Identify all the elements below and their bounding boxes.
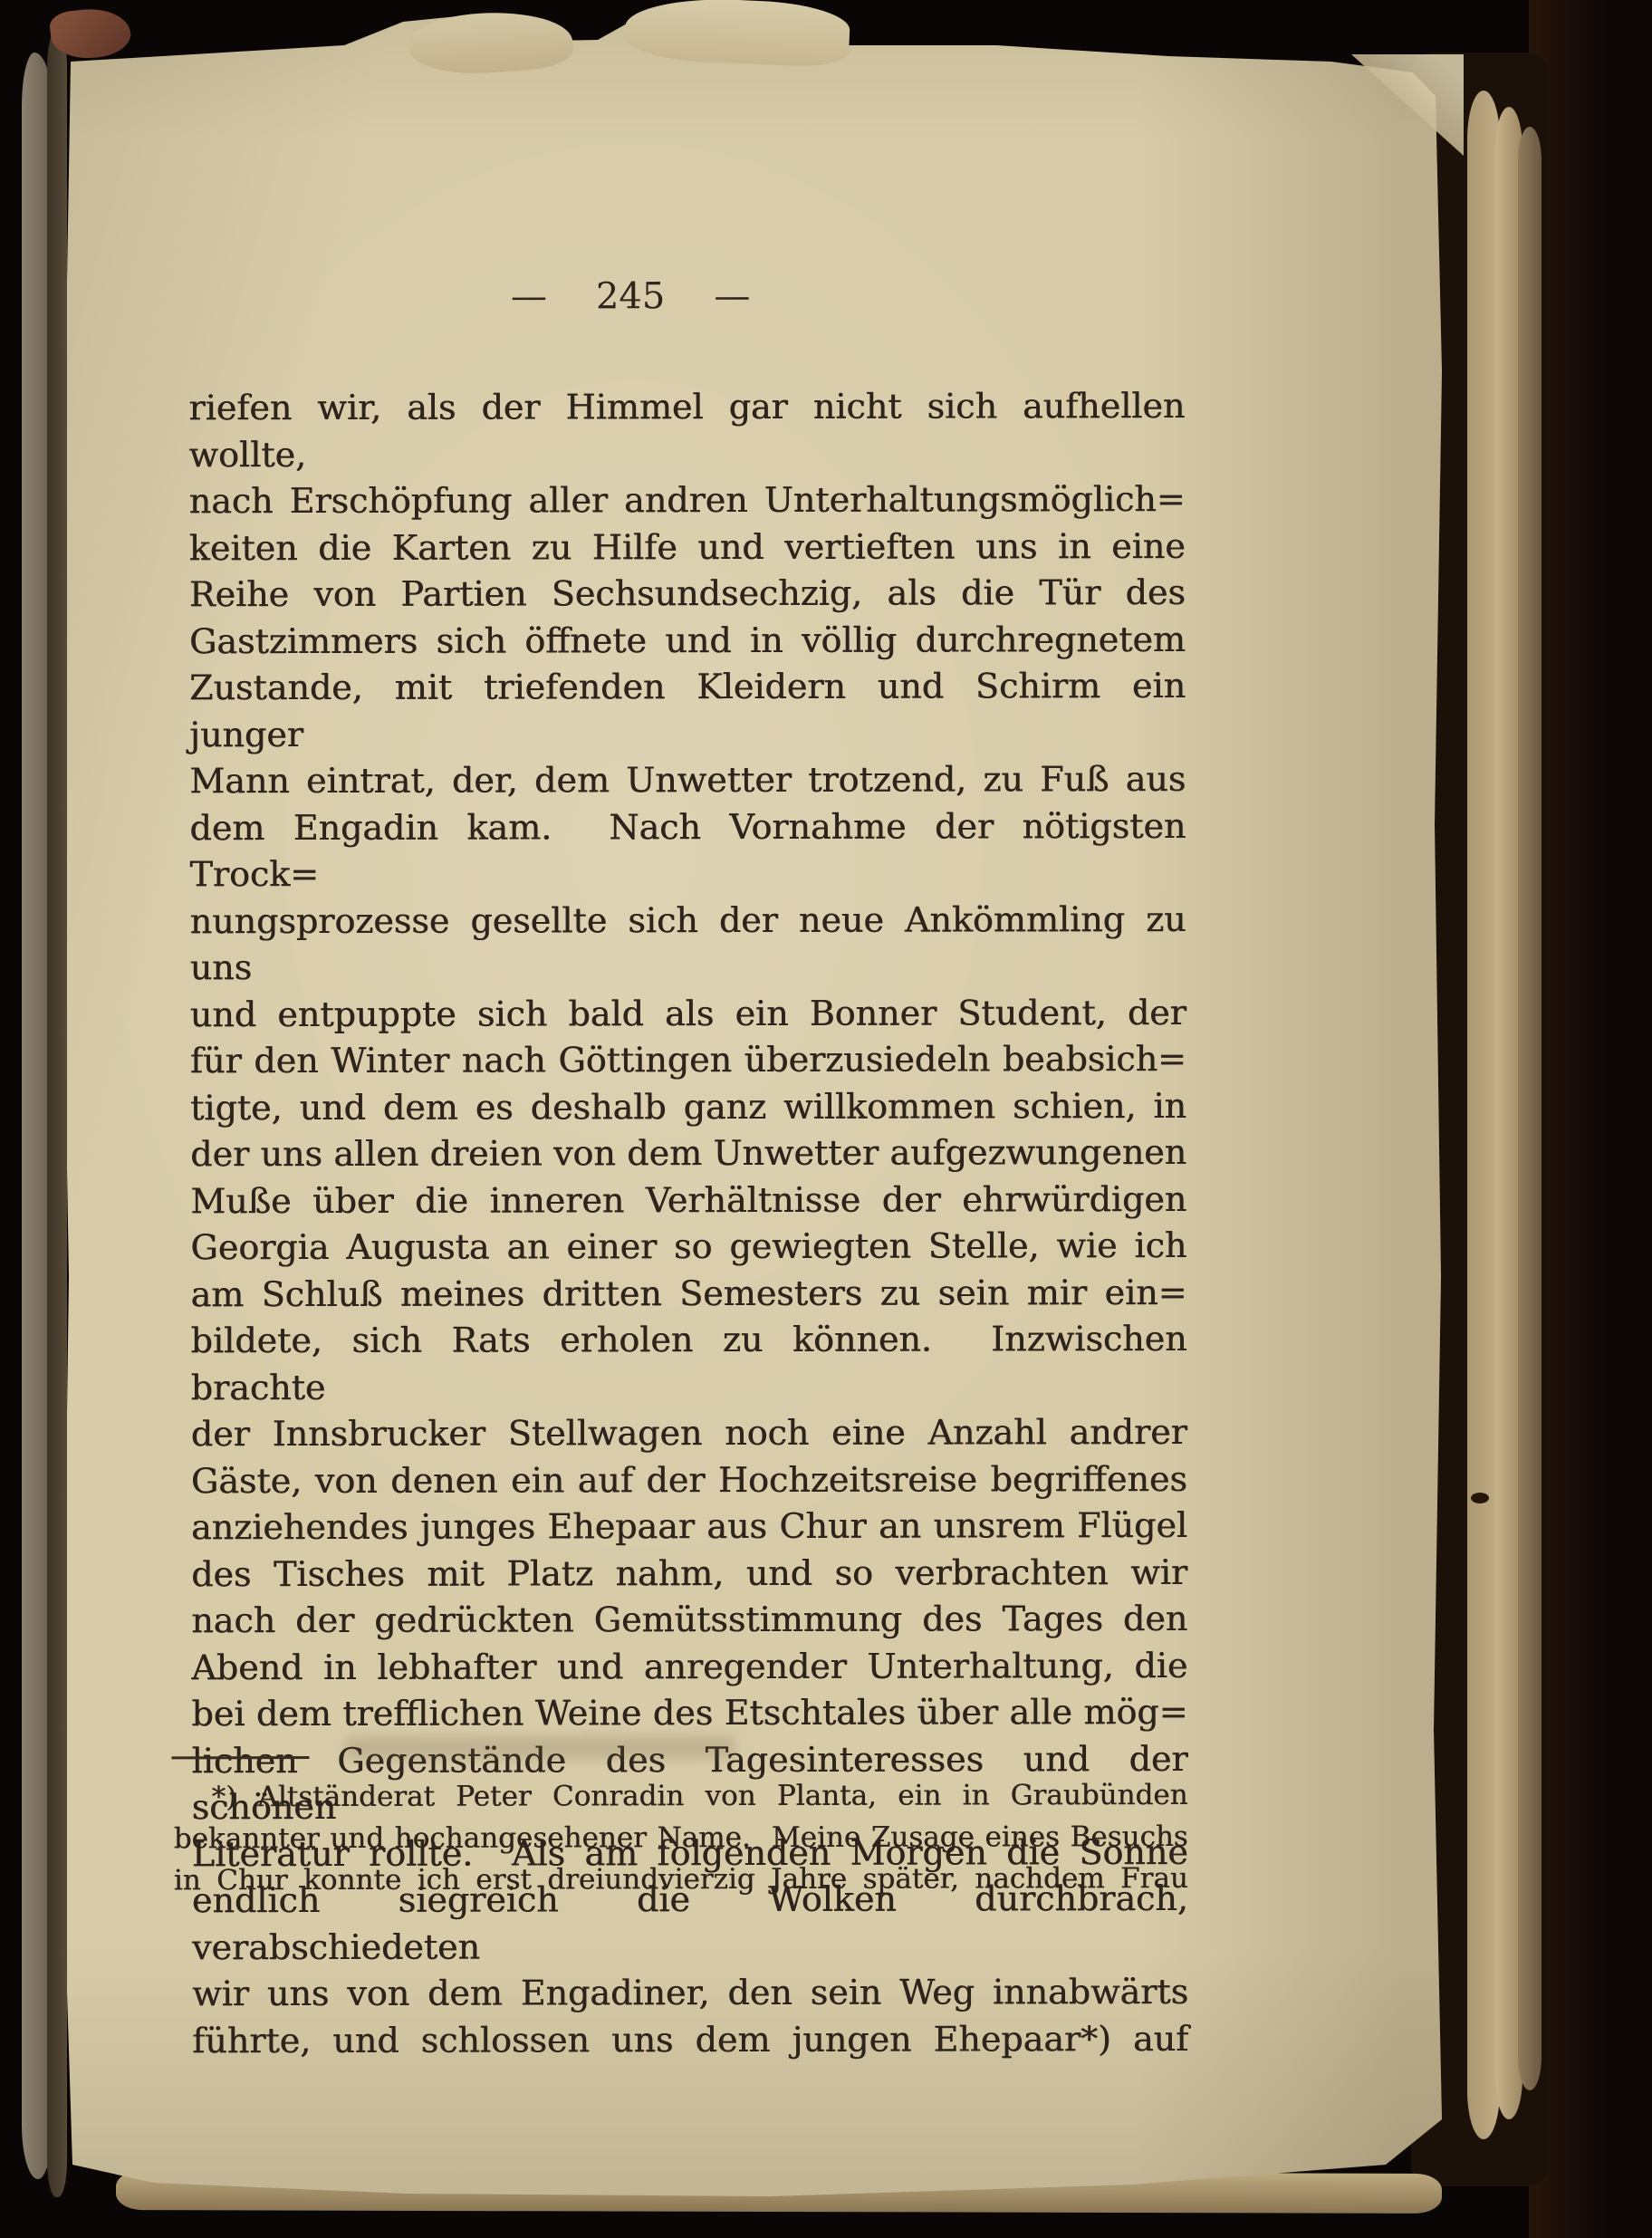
text-line: nach der gedrückten Gemütsstimmung des T… [191,1596,1187,1645]
text-line: Reihe von Partien Sechsundsechzig, als d… [189,570,1186,619]
text-line: Gastzimmers sich öffnete und in völlig d… [189,616,1186,665]
stain-spot [1471,1493,1489,1503]
text-line: der Innsbrucker Stellwagen noch eine Anz… [191,1409,1187,1458]
text-line: Zustande, mit triefenden Kleidern und Sc… [189,663,1186,758]
text-line: für den Winter nach Göttingen überzusied… [190,1036,1186,1085]
header-dash-right: — [714,274,750,318]
book-page: — 245 — riefen wir, als der Himmel gar n… [45,9,1445,2210]
footnote: *) Altständerat Peter Conradin von Plant… [174,1774,1188,1901]
text-line: nungsprozesse gesellte sich der neue Ank… [190,896,1186,991]
text-line: riefen wir, als der Himmel gar nicht sic… [188,383,1185,478]
text-line: Georgia Augusta an einer so gewiegten St… [190,1223,1186,1272]
text-line: Mann eintrat, der, dem Unwetter trotzend… [189,756,1186,805]
scanned-book-page: — 245 — riefen wir, als der Himmel gar n… [0,0,1652,2238]
text-line: bei dem trefflichen Weine des Etschtales… [191,1689,1187,1738]
text-line: bildete, sich Rats erholen zu können. In… [190,1316,1186,1411]
text-line: nach Erschöpfung aller andren Unterhaltu… [189,476,1186,525]
text-line: des Tisches mit Platz nahm, und so verbr… [191,1549,1187,1598]
page-header: — 245 — [132,274,1129,319]
text-line: Gäste, von denen ein auf der Hochzeitsre… [191,1455,1187,1504]
text-line: dem Engadin kam. Nach Vornahme der nötig… [189,802,1186,898]
text-line: am Schluß meines dritten Semesters zu se… [190,1269,1186,1318]
text-line: Abend in lebhafter und anregender Unterh… [191,1642,1187,1691]
footnote-line: in Chur konnte ich erst dreiundvierzig J… [174,1858,1188,1901]
text-line: der uns allen dreien von dem Unwetter au… [190,1129,1186,1178]
header-dash-left: — [511,274,547,318]
text-line: und entpuppte sich bald als ein Bonner S… [190,989,1186,1038]
text-line: wir uns von dem Engadiner, den sein Weg … [192,1969,1188,2018]
page-edge-strip [1518,127,1542,2090]
footnote-line: *) Altständerat Peter Conradin von Plant… [174,1774,1188,1818]
left-binding-crease [47,31,67,2197]
page-number: 245 [596,274,665,318]
text-line: keiten die Karten zu Hilfe und vertiefte… [189,523,1186,572]
text-line: führte, und schlossen uns dem jungen Ehe… [192,2015,1188,2064]
ink-smudge [345,1735,735,1760]
text-line: Muße über die inneren Verhältnisse der e… [190,1176,1186,1225]
footnote-line: bekannter und hochangesehener Name. Mein… [174,1816,1188,1859]
text-line: tigte, und dem es deshalb ganz willkomme… [190,1082,1186,1131]
text-line: anziehendes junges Ehepaar aus Chur an u… [191,1503,1187,1551]
page-content: — 245 — riefen wir, als der Himmel gar n… [43,7,1446,2211]
footnote-separator [171,1756,309,1759]
